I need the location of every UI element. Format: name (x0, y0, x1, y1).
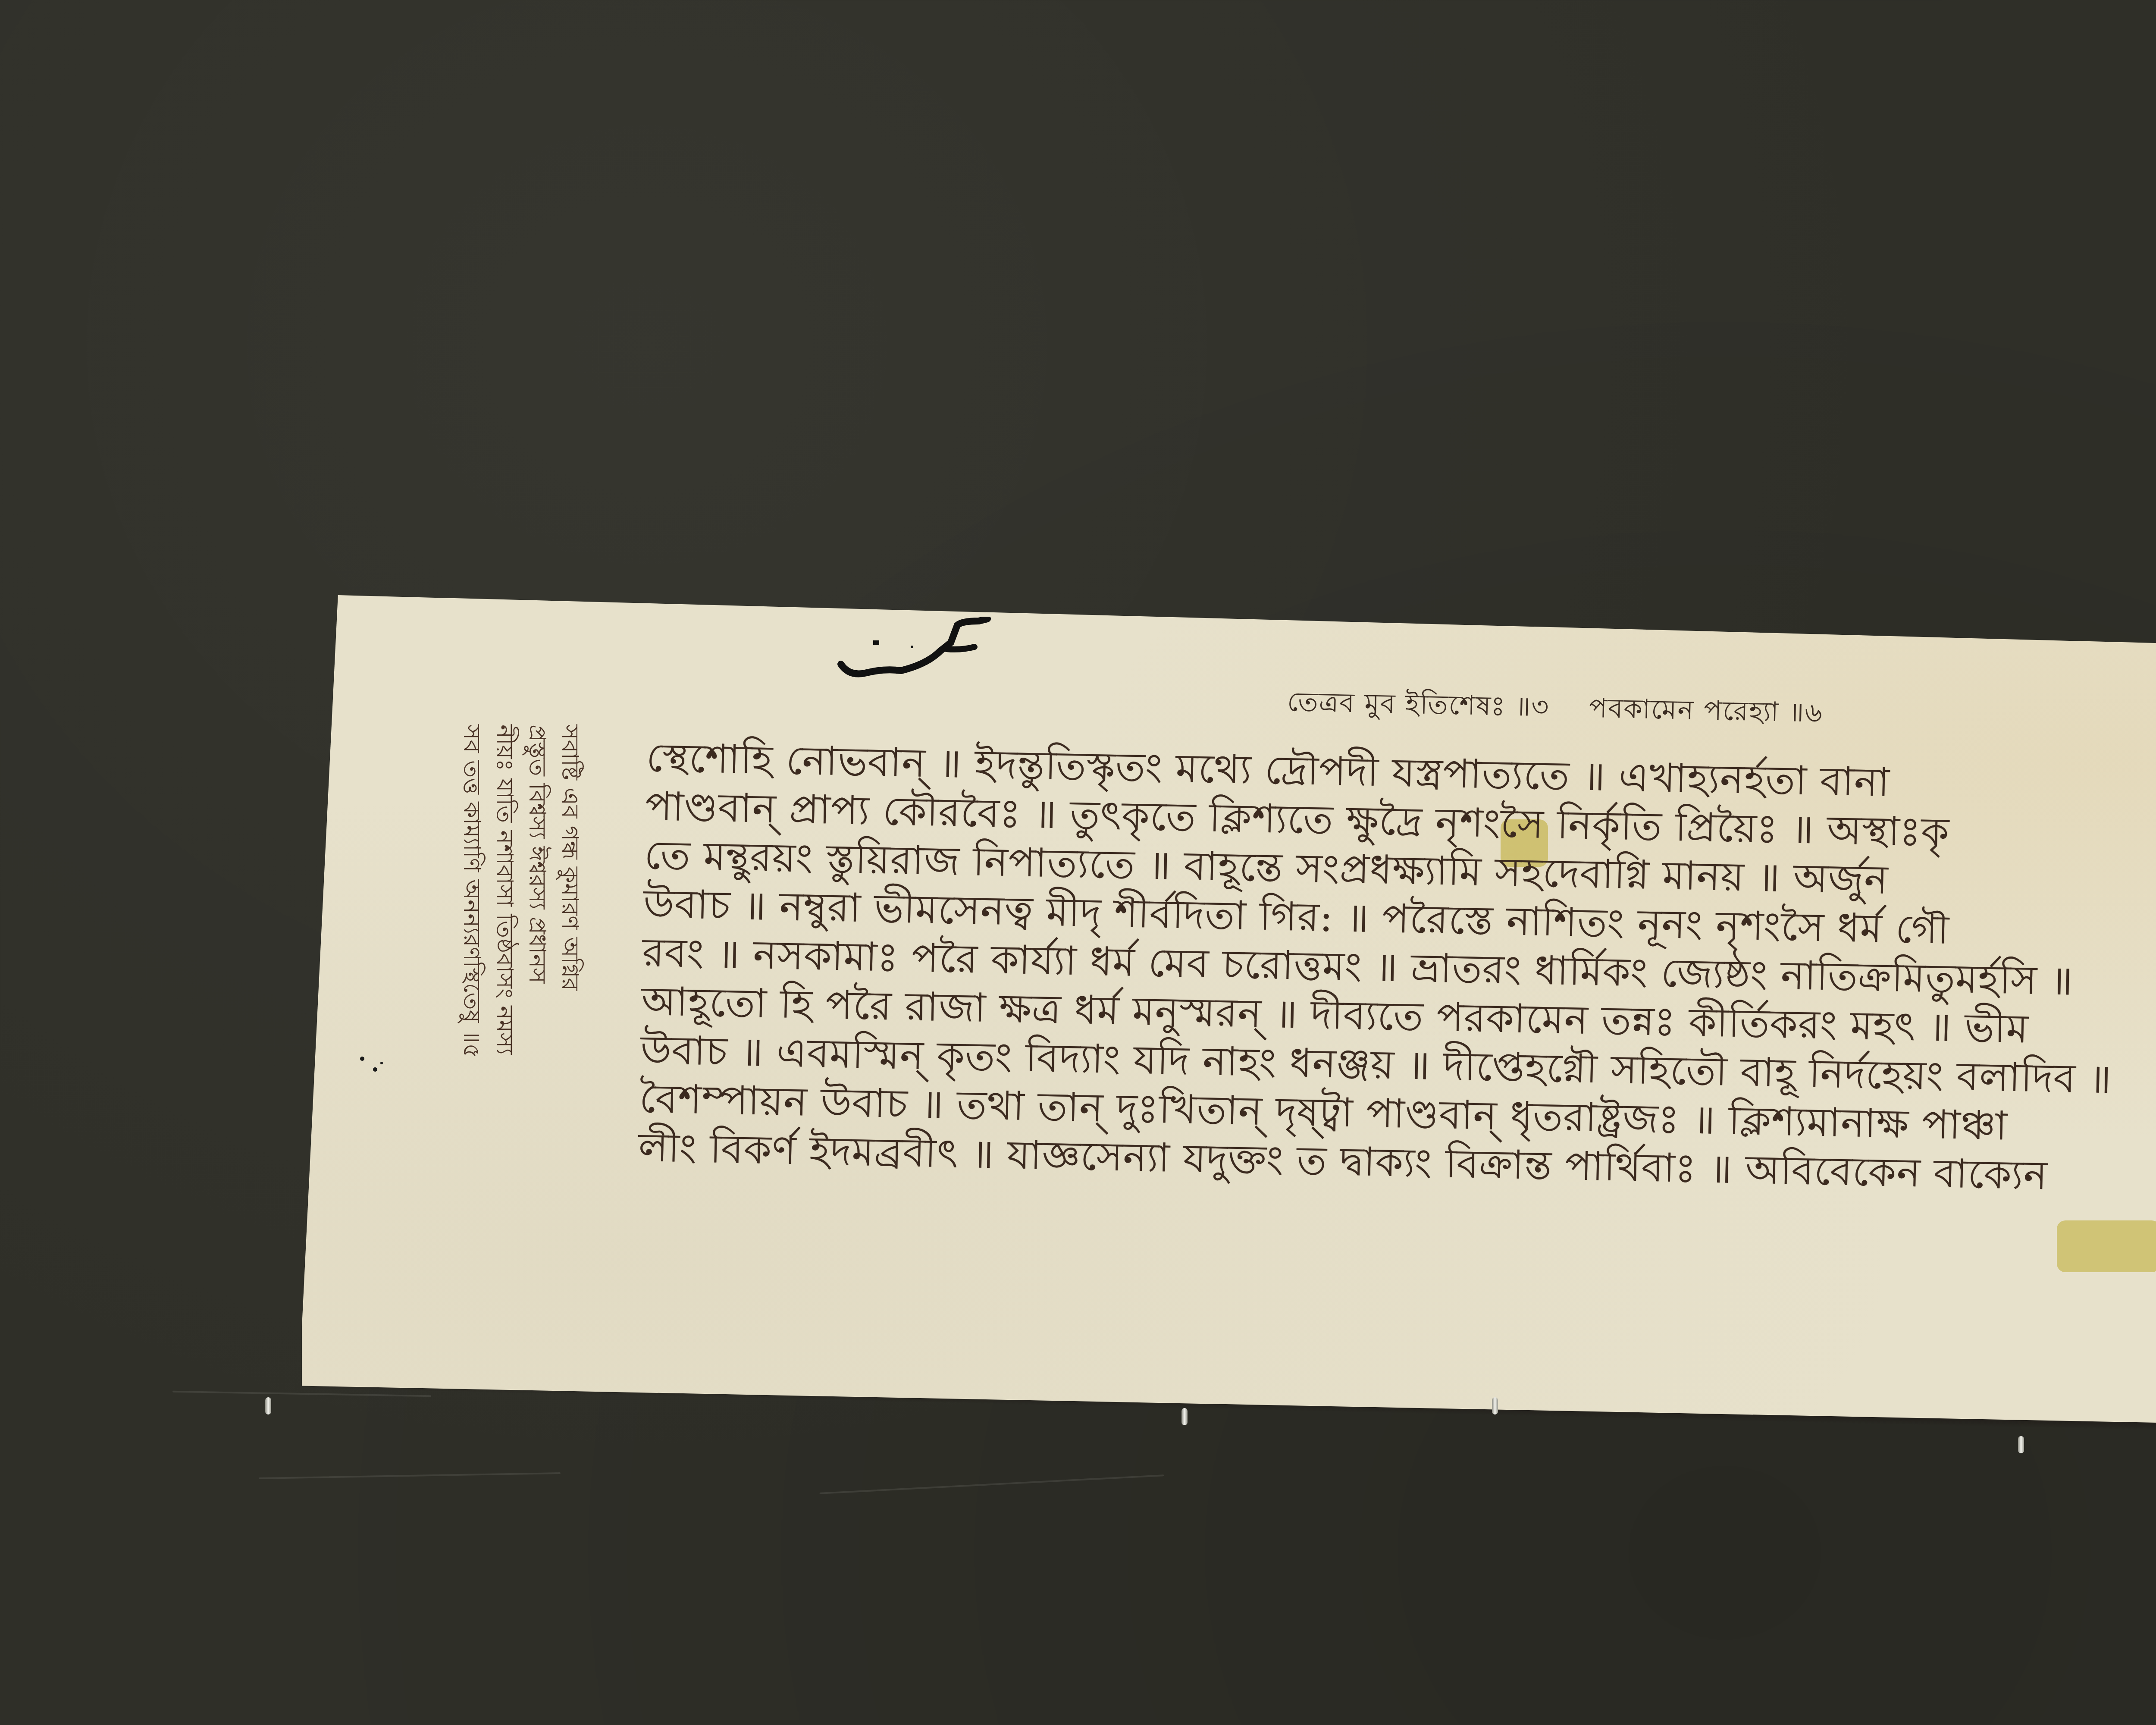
margin-note: সবাষ্টি এব গন্ধ কুমারণ অগ্নির প্রস্তুত ব… (448, 724, 586, 1294)
manuscript-body: স্থেশোহি নোভবান্ ॥ ইদন্তুতিস্কৃতং মথ্যে … (638, 733, 2156, 1206)
margin-note-line: সব তত্ত কাম্যাণি অনন্যরণস্থিতেষু ॥৫ (455, 724, 488, 1294)
margin-note-line: নীয়ঃ যাতি নশাবাসা তিষ্ঠবাসং নমস্য (488, 724, 521, 1294)
pin-icon (1492, 1397, 1498, 1414)
pin-icon (265, 1397, 271, 1414)
stray-ink-dots (358, 1052, 388, 1078)
ink-stroke-icon (832, 617, 1026, 690)
margin-note-line: সবাষ্টি এব গন্ধ কুমারণ অগ্নির (554, 724, 586, 1294)
pin-icon (2018, 1436, 2024, 1453)
board-scratch (259, 1472, 561, 1479)
yellow-pigment-mark (2057, 1220, 2156, 1272)
pin-icon (1181, 1408, 1188, 1425)
board-scratch (819, 1474, 1164, 1494)
margin-note-line: প্রস্তুত বিশ্বস্য ঈশ্বরস্য প্রধানস (521, 724, 554, 1294)
board-scratch (172, 1391, 431, 1397)
header-left: তেত্রব মুব ইতিশেষঃ ॥৩ (1287, 686, 1550, 723)
header-right: পবকামেন পরেহ্যা ॥৬ (1589, 692, 1823, 728)
